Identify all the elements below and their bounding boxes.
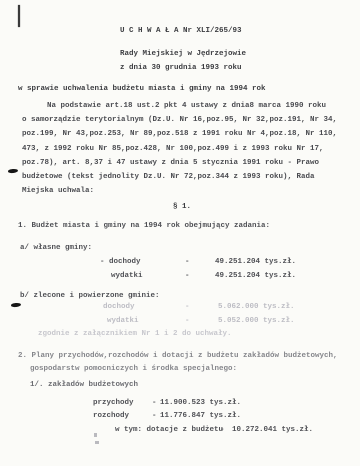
delegated-tasks-heading: b/ zlecone i powierzone gminie: [20,292,160,301]
row-label: wydatki [100,272,185,281]
scan-vertical-line-mark [18,5,20,27]
section-1-mark: § 1. [173,203,191,212]
budget-row-in-which-subsidy: w tym: dotacje z budżetu-10.272.041 tys.… [115,426,313,435]
budget-row-delegated-expense: wydatki-5.052.000 tys.zł. [103,317,295,326]
legal-basis-line: poz.199, Nr 43,poz.253, Nr 89,poz.518 z … [22,127,337,141]
subject-line: w sprawie uchwalenia budżetu miasta i gm… [18,85,266,94]
row-label: wydatki [103,317,185,326]
row-label: dochody [103,303,185,312]
item-2-intro-line-1: 2. Plany przychodów,rozchodów i dotacji … [18,352,338,361]
row-dash: - [152,412,160,421]
legal-basis-line: 473, z 1992 roku Nr 85,poz.428, Nr 100,p… [22,142,337,156]
attachment-note: zgodnie z załącznikiem Nr 1 i 2 do uchwa… [38,330,232,339]
row-label: w tym: dotacje z budżetu [115,426,220,435]
legal-basis-line: budżetowe (tekst jednolity Dz.U. Nr 72,p… [22,170,337,184]
date-line: z dnia 30 grudnia 1993 roku [120,64,242,73]
budget-row-own-income: - dochody-49.251.204 tys.zł. [100,258,296,267]
item-1-intro: 1. Budżet miasta i gminy na 1994 rok obe… [18,222,270,231]
row-dash: - [185,303,218,312]
legal-basis-line: poz.78), art. 8,37 i 47 ustawy z dnia 5 … [22,156,337,170]
row-amount: 49.251.204 tys.zł. [215,258,296,266]
item-2-intro-line-2: gospodarstw pomocniczych i środka specja… [30,365,237,374]
row-label: rozchody [93,412,152,421]
row-dash: - [220,426,232,435]
budget-units-heading: 1/. zakładów budżetowych [30,381,138,390]
budget-row-own-expense: wydatki-49.251.204 tys.zł. [100,272,296,281]
row-dash: - [185,258,215,267]
scan-smudge-2 [95,441,99,444]
row-label: przychody [93,399,152,408]
row-amount: 11.776.847 tys.zł. [160,412,241,420]
legal-basis-paragraph: Na podstawie art.18 ust.2 pkt 4 ustawy z… [22,99,337,198]
issuer-line: Rady Miejskiej w Jędrzejowie [120,50,246,59]
legal-basis-line: Na podstawie art.18 ust.2 pkt 4 ustawy z… [22,99,337,113]
row-dash: - [152,399,160,408]
row-dash: - [185,272,215,281]
legal-basis-line: o samorządzie terytorialnym (Dz.U. Nr 16… [22,113,337,127]
margin-tick-mark-1 [8,168,18,173]
budget-row-units-income: przychody-11.900.523 tys.zł. [93,399,241,408]
row-amount: 10.272.041 tys.zł. [232,426,313,434]
row-amount: 49.251.204 tys.zł. [215,272,296,280]
row-amount: 5.062.000 tys.zł. [218,303,295,311]
budget-row-units-expense: rozchody-11.776.847 tys.zł. [93,412,241,421]
budget-row-delegated-income: dochody-5.062.000 tys.zł. [103,303,295,312]
row-label: - dochody [100,258,185,267]
legal-basis-line: Miejska uchwala: [22,184,337,198]
row-dash: - [185,317,218,326]
scan-smudge-1 [94,433,97,437]
row-amount: 5.052.000 tys.zł. [218,317,295,325]
own-tasks-heading: a/ własne gminy: [20,244,92,253]
margin-tick-mark-2 [11,302,21,307]
resolution-title: U C H W A Ł A Nr XLI/265/93 [120,27,242,36]
document-page: U C H W A Ł A Nr XLI/265/93 Rady Miejski… [0,0,360,466]
row-amount: 11.900.523 tys.zł. [160,399,241,407]
